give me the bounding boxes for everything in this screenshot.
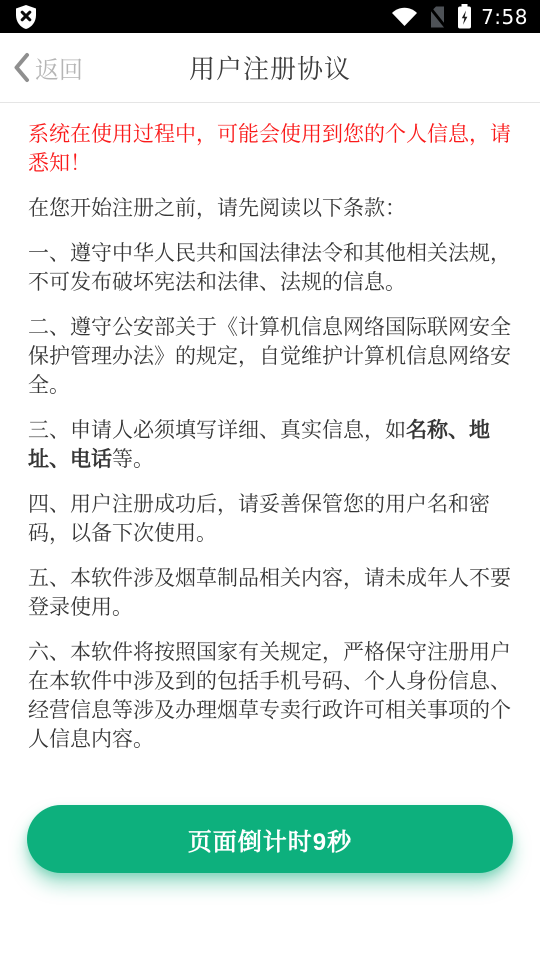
countdown-button[interactable]: 页面倒计时9秒 [27, 805, 513, 873]
app-screen: 7:58 返回 用户注册协议 系统在使用过程中，可能会使用到您的个人信息，请悉知… [0, 0, 540, 960]
page-title: 用户注册协议 [0, 33, 540, 102]
agreement-content: 系统在使用过程中，可能会使用到您的个人信息，请悉知！ 在您开始注册之前，请先阅读… [0, 103, 540, 754]
intro-text: 在您开始注册之前，请先阅读以下条款： [28, 194, 512, 223]
clause-paragraph: 六、本软件将按照国家有关规定，严格保守注册用户在本软件中涉及到的包括手机号码、个… [28, 638, 512, 754]
clause-paragraph: 五、本软件涉及烟草制品相关内容，请未成年人不要登录使用。 [28, 564, 512, 622]
clause-paragraph: 二、遵守公安部关于《计算机信息网络国际联网安全保护管理办法》的规定，自觉维护计算… [28, 313, 512, 400]
clause-paragraph: 三、申请人必须填写详细、真实信息，如名称、地址、电话等。 [28, 416, 512, 474]
clause-paragraph: 一、遵守中华人民共和国法律法令和其他相关法规，不可发布破坏宪法和法律、法规的信息… [28, 239, 512, 297]
no-sim-icon [427, 5, 448, 29]
clause-list: 一、遵守中华人民共和国法律法令和其他相关法规，不可发布破坏宪法和法律、法规的信息… [28, 239, 512, 754]
shield-x-icon [14, 4, 38, 30]
nav-bar: 返回 用户注册协议 [0, 33, 540, 103]
status-bar: 7:58 [0, 0, 540, 33]
status-time: 7:58 [481, 5, 528, 29]
clause-paragraph: 四、用户注册成功后，请妥善保管您的用户名和密码，以备下次使用。 [28, 490, 512, 548]
wifi-icon [391, 6, 418, 27]
privacy-notice: 系统在使用过程中，可能会使用到您的个人信息，请悉知！ [28, 120, 512, 178]
battery-charging-icon [457, 4, 472, 29]
